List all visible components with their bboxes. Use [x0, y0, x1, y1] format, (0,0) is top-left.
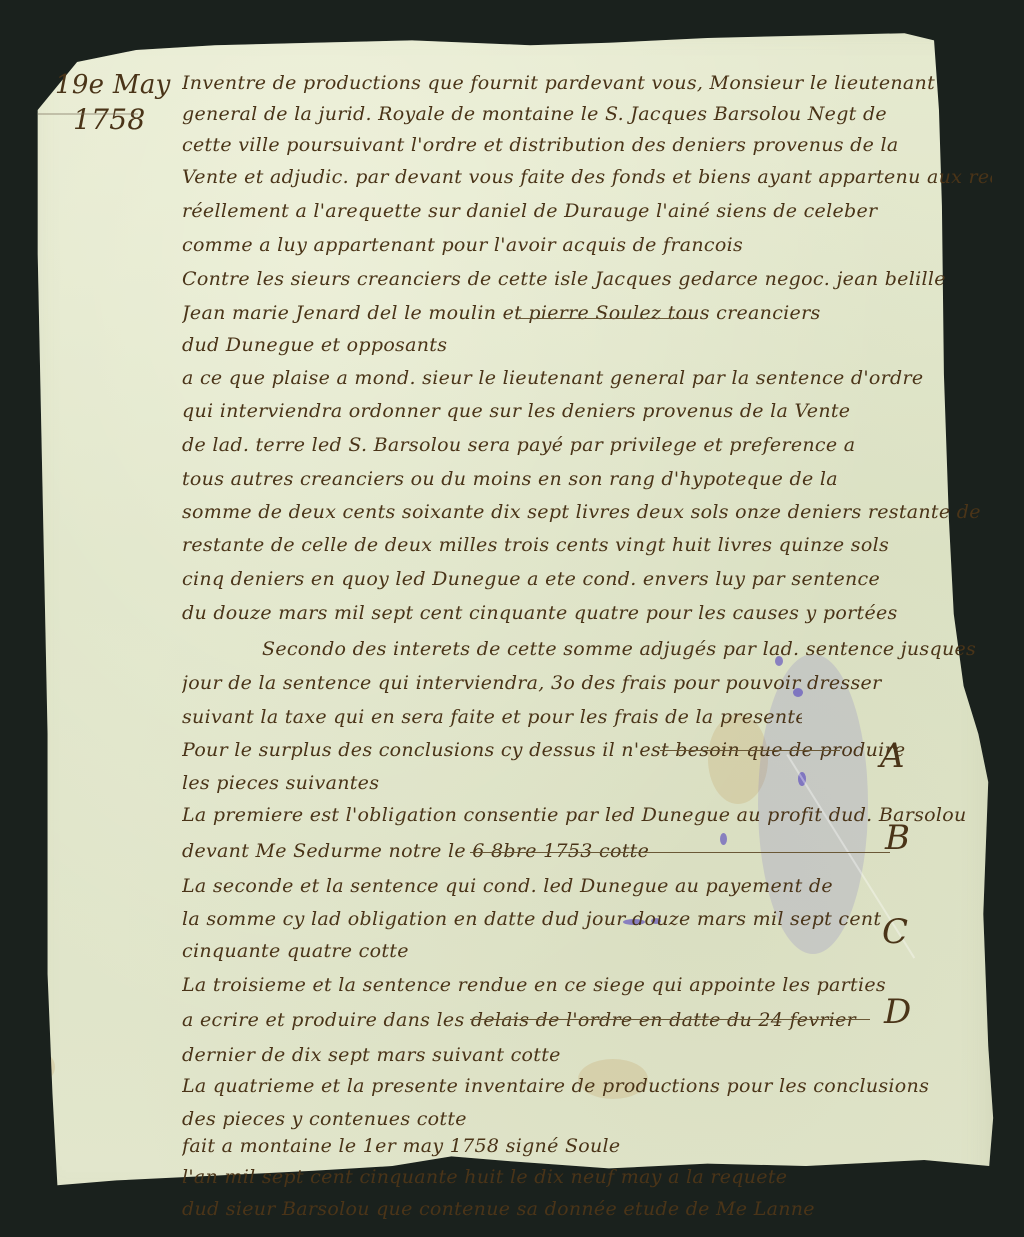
stamp-ink-dot [720, 833, 727, 845]
text-line: l'an mil sept cent cinquante huit le dix… [182, 1166, 982, 1188]
text-line: la somme cy lad obligation en datte dud … [182, 908, 982, 930]
margin-year: 1758 [55, 102, 185, 138]
text-line: réellement a l'arequette sur daniel de D… [182, 200, 957, 222]
text-line: Contre les sieurs creanciers de cette is… [182, 268, 992, 290]
text-line: qui interviendra ordonner que sur les de… [182, 400, 972, 422]
text-line: cinq deniers en quoy led Dunegue a ete c… [182, 568, 972, 590]
line-filler-dash [470, 852, 890, 853]
text-line: devant Me Sedurme notre le 6 8bre 1753 c… [182, 840, 652, 862]
text-line: La seconde et la sentence qui cond. led … [182, 875, 982, 897]
text-line: du douze mars mil sept cent cinquante qu… [182, 602, 982, 624]
water-stain [33, 1054, 55, 1080]
text-line: suivant la taxe qui en sera faite et pou… [182, 706, 802, 728]
text-line: Jean marie Jenard del le moulin et pierr… [182, 302, 982, 324]
text-line: a ce que plaise a mond. sieur le lieuten… [182, 367, 972, 389]
text-line: somme de deux cents soixante dix sept li… [182, 501, 992, 523]
text-line: a ecrire et produire dans les delais de … [182, 1009, 982, 1031]
text-line: les pieces suivantes [182, 772, 412, 794]
line-filler-dash [520, 318, 690, 319]
text-line: des pieces y contenues cotte [182, 1108, 502, 1130]
cote-marker-d: D [884, 992, 911, 1032]
text-line: comme a luy appartenant pour l'avoir acq… [182, 234, 742, 256]
margin-day-month: 19e May [55, 68, 185, 102]
text-line: La premiere est l'obligation consentie p… [182, 804, 992, 826]
text-line: jour de la sentence qui interviendra, 3o… [182, 672, 982, 694]
text-line: dud sieur Barsolou que contenue sa donné… [182, 1198, 982, 1220]
margin-date-note: 19e May 1758 [55, 68, 185, 138]
line-filler-dash [470, 1019, 870, 1020]
text-line: general de la jurid. Royale de montaine … [182, 103, 972, 125]
text-line: dernier de dix sept mars suivant cotte [182, 1044, 622, 1066]
text-line: La quatrieme et la presente inventaire d… [182, 1075, 972, 1097]
text-line: cette ville poursuivant l'ordre et distr… [182, 134, 982, 156]
text-line: tous autres creanciers ou du moins en so… [182, 468, 982, 490]
text-line: Vente et adjudic. par devant vous faite … [182, 166, 992, 188]
text-line: dud Dunegue et opposants [182, 334, 512, 356]
cote-marker-a: A [880, 736, 905, 776]
text-line: de lad. terre led S. Barsolou sera payé … [182, 434, 982, 456]
text-line: Inventre de productions que fournit pard… [182, 72, 962, 94]
text-line: Pour le surplus des conclusions cy dessu… [182, 739, 992, 761]
scanned-page: 19e May 1758 Inventre de productions que… [0, 0, 1024, 1237]
text-line: Secondo des interets de cette somme adju… [262, 638, 1002, 660]
cote-marker-c: C [882, 912, 908, 952]
text-line: cinquante quatre cotte [182, 940, 472, 962]
text-line: fait a montaine le 1er may 1758 signé So… [182, 1135, 722, 1157]
text-line: La troisieme et la sentence rendue en ce… [182, 974, 982, 996]
text-line: restante de celle de deux milles trois c… [182, 534, 982, 556]
line-filler-dash [660, 750, 840, 751]
margin-rule [38, 113, 138, 115]
